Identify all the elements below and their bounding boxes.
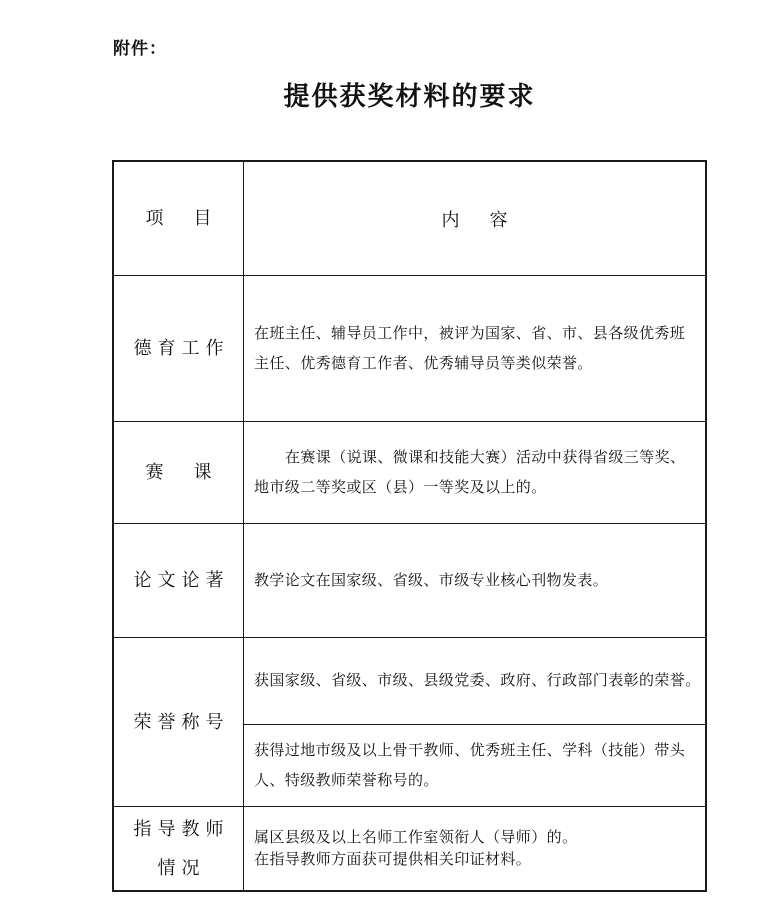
award-requirements-table: 项 目 内 容 德育工作 在班主任、辅导员工作中，被评为国家、省、市、县各级优秀… xyxy=(112,160,707,892)
row-item-label-line1: 指导教师 xyxy=(128,810,230,849)
row-item-label: 德育工作 xyxy=(128,329,230,368)
row-item-honorary-titles: 荣誉称号 xyxy=(114,637,244,806)
row-item-moral-education: 德育工作 xyxy=(114,275,244,421)
header-content-label: 内 容 xyxy=(436,206,514,232)
content-line: 主任、优秀德育工作者、优秀辅导员等类似荣誉。 xyxy=(254,349,701,379)
row-item-label-line2: 情况 xyxy=(152,849,206,888)
row-content-advisor-status: 属区县级及以上名师工作室领衔人（导师）的。 在指导教师方面获可提供相关印证材料。 xyxy=(244,806,705,890)
content-line: 教学论文在国家级、省级、市级专业核心刊物发表。 xyxy=(254,566,701,596)
table-header-item: 项 目 xyxy=(114,162,244,275)
row-content-papers-works: 教学论文在国家级、省级、市级专业核心刊物发表。 xyxy=(244,523,705,637)
content-line: 在赛课（说课、微课和技能大赛）活动中获得省级三等奖、 xyxy=(254,443,701,473)
document-page: 附件： 提供获奖材料的要求 项 目 内 容 德育工作 在班主任、辅导员工作中，被… xyxy=(0,0,782,914)
row-content-lesson-competition: 在赛课（说课、微课和技能大赛）活动中获得省级三等奖、 地市级二等奖或区（县）一等… xyxy=(244,421,705,523)
attachment-label: 附件： xyxy=(113,34,167,59)
row-content-honorary-titles-top: 获国家级、省级、市级、县级党委、政府、行政部门表彰的荣誉。 xyxy=(244,637,705,724)
table-header-content: 内 容 xyxy=(244,162,705,275)
content-line: 在指导教师方面获可提供相关印证材料。 xyxy=(254,849,701,871)
content-line: 在班主任、辅导员工作中，被评为国家、省、市、县各级优秀班 xyxy=(254,319,701,349)
content-line: 人、特级教师荣誉称号的。 xyxy=(254,766,701,796)
header-item-label: 项 目 xyxy=(140,199,218,238)
content-line: 获得过地市级及以上骨干教师、优秀班主任、学科（技能）带头 xyxy=(254,736,701,766)
content-line: 获国家级、省级、市级、县级党委、政府、行政部门表彰的荣誉。 xyxy=(254,666,701,696)
row-item-advisor-status: 指导教师 情况 xyxy=(114,806,244,890)
page-title: 提供获奖材料的要求 xyxy=(112,76,707,113)
row-item-label: 论文论著 xyxy=(128,561,230,600)
row-item-label: 荣誉称号 xyxy=(128,703,230,742)
row-content-honorary-titles-bottom: 获得过地市级及以上骨干教师、优秀班主任、学科（技能）带头 人、特级教师荣誉称号的… xyxy=(244,724,705,806)
row-item-papers-works: 论文论著 xyxy=(114,523,244,637)
content-line: 地市级二等奖或区（县）一等奖及以上的。 xyxy=(254,473,701,503)
content-line: 属区县级及以上名师工作室领衔人（导师）的。 xyxy=(254,827,701,849)
row-item-lesson-competition: 赛 课 xyxy=(114,421,244,523)
row-item-label: 赛 课 xyxy=(140,453,218,492)
row-content-moral-education: 在班主任、辅导员工作中，被评为国家、省、市、县各级优秀班 主任、优秀德育工作者、… xyxy=(244,275,705,421)
